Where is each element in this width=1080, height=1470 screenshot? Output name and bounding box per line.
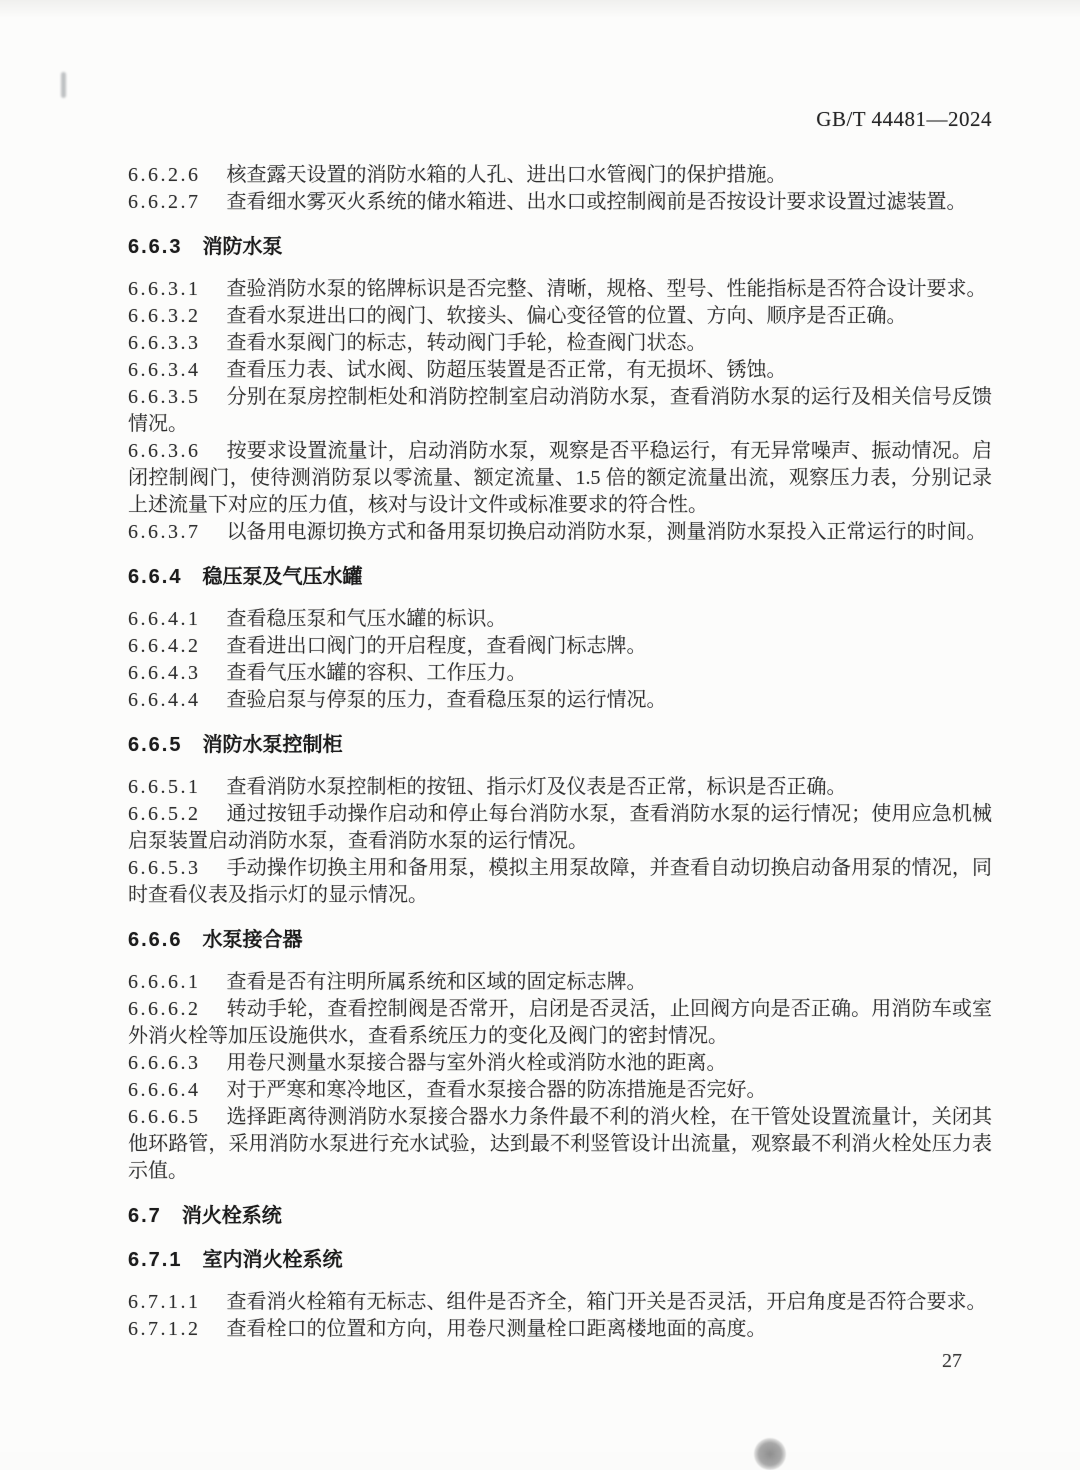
clause-number: 6.6.6 xyxy=(128,929,182,951)
clause-paragraph: 6.6.6.1查看是否有注明所属系统和区域的固定标志牌。 xyxy=(128,969,992,996)
clause-number: 6.6.5.1 xyxy=(128,776,201,798)
section-heading: 6.7.1室内消火栓系统 xyxy=(128,1247,992,1273)
clause-number: 6.6.6.5 xyxy=(128,1106,201,1128)
clause-number: 6.7.1.2 xyxy=(128,1318,201,1340)
section-heading: 6.6.4稳压泵及气压水罐 xyxy=(128,564,992,590)
page-number: 27 xyxy=(942,1350,962,1373)
clause-number: 6.6.3 xyxy=(128,236,182,258)
clause-text: 查看消防水泵控制柜的按钮、指示灯及仪表是否正常，标识是否正确。 xyxy=(227,776,847,798)
document-body: 6.6.2.6核查露天设置的消防水箱的人孔、进出口水管阀门的保护措施。6.6.2… xyxy=(128,162,992,1343)
clause-paragraph: 6.6.6.5选择距离待测消防水泵接合器水力条件最不利的消火栓，在干管处设置流量… xyxy=(128,1104,992,1185)
clause-paragraph: 6.6.3.6按要求设置流量计，启动消防水泵，观察是否平稳运行，有无异常噪声、振… xyxy=(128,438,992,519)
section-heading-text: 消防水泵控制柜 xyxy=(202,734,342,756)
clause-text: 查看水泵阀门的标志，转动阀门手轮，检查阀门状态。 xyxy=(227,332,707,354)
clause-paragraph: 6.7.1.1查看消火栓箱有无标志、组件是否齐全，箱门开关是否灵活，开启角度是否… xyxy=(128,1289,992,1316)
clause-number: 6.6.6.2 xyxy=(128,998,201,1020)
clause-paragraph: 6.6.4.3查看气压水罐的容积、工作压力。 xyxy=(128,660,992,687)
clause-text: 手动操作切换主用和备用泵，模拟主用泵故障，并查看自动切换启动备用泵的情况，同时查… xyxy=(128,857,992,906)
clause-paragraph: 6.6.3.1查验消防水泵的铭牌标识是否完整、清晰，规格、型号、性能指标是否符合… xyxy=(128,276,992,303)
clause-number: 6.6.5.2 xyxy=(128,803,201,825)
clause-paragraph: 6.6.3.2查看水泵进出口的阀门、软接头、偏心变径管的位置、方向、顺序是否正确… xyxy=(128,303,992,330)
clause-number: 6.6.4.3 xyxy=(128,662,201,684)
clause-paragraph: 6.6.5.3手动操作切换主用和备用泵，模拟主用泵故障，并查看自动切换启动备用泵… xyxy=(128,855,992,909)
clause-text: 查看水泵进出口的阀门、软接头、偏心变径管的位置、方向、顺序是否正确。 xyxy=(227,305,907,327)
clause-number: 6.6.3.3 xyxy=(128,332,201,354)
clause-number: 6.6.3.7 xyxy=(128,521,201,543)
clause-text: 查看气压水罐的容积、工作压力。 xyxy=(227,662,527,684)
clause-number: 6.6.3.4 xyxy=(128,359,201,381)
standard-number: GB/T 44481—2024 xyxy=(816,107,992,131)
clause-number: 6.6.3.1 xyxy=(128,278,201,300)
clause-number: 6.7 xyxy=(128,1205,162,1227)
clause-text: 查看是否有注明所属系统和区域的固定标志牌。 xyxy=(227,971,647,993)
clause-text: 以备用电源切换方式和备用泵切换启动消防水泵，测量消防水泵投入正常运行的时间。 xyxy=(227,521,987,543)
clause-paragraph: 6.6.5.2通过按钮手动操作启动和停止每台消防水泵，查看消防水泵的运行情况；使… xyxy=(128,801,992,855)
clause-text: 查验消防水泵的铭牌标识是否完整、清晰，规格、型号、性能指标是否符合设计要求。 xyxy=(227,278,987,300)
clause-paragraph: 6.6.3.4查看压力表、试水阀、防超压装置是否正常，有无损坏、锈蚀。 xyxy=(128,357,992,384)
clause-paragraph: 6.6.4.4查验启泵与停泵的压力，查看稳压泵的运行情况。 xyxy=(128,687,992,714)
clause-paragraph: 6.7.1.2查看栓口的位置和方向，用卷尺测量栓口距离楼地面的高度。 xyxy=(128,1316,992,1343)
clause-number: 6.6.6.1 xyxy=(128,971,201,993)
clause-number: 6.6.3.6 xyxy=(128,440,201,462)
clause-number: 6.6.3.5 xyxy=(128,386,201,408)
clause-text: 查看稳压泵和气压水罐的标识。 xyxy=(227,608,507,630)
section-heading-text: 水泵接合器 xyxy=(202,929,302,951)
clause-paragraph: 6.6.6.4对于严寒和寒冷地区，查看水泵接合器的防冻措施是否完好。 xyxy=(128,1077,992,1104)
scan-artifact-circle xyxy=(754,1438,786,1452)
clause-number: 6.6.6.3 xyxy=(128,1052,201,1074)
clause-paragraph: 6.6.6.2转动手轮，查看控制阀是否常开，启闭是否灵活，止回阀方向是否正确。用… xyxy=(128,996,992,1050)
clause-text: 用卷尺测量水泵接合器与室外消火栓或消防水池的距离。 xyxy=(227,1052,727,1074)
clause-number: 6.6.5 xyxy=(128,734,182,756)
clause-number: 6.7.1.1 xyxy=(128,1291,201,1313)
clause-paragraph: 6.6.2.7查看细水雾灭火系统的储水箱进、出水口或控制阀前是否按设计要求设置过… xyxy=(128,189,992,216)
section-heading-text: 室内消火栓系统 xyxy=(202,1249,342,1271)
clause-number: 6.7.1 xyxy=(128,1249,182,1271)
clause-text: 转动手轮，查看控制阀是否常开，启闭是否灵活，止回阀方向是否正确。用消防车或室外消… xyxy=(128,998,992,1047)
section-heading-text: 消防水泵 xyxy=(202,236,282,258)
clause-number: 6.6.3.2 xyxy=(128,305,201,327)
clause-text: 通过按钮手动操作启动和停止每台消防水泵，查看消防水泵的运行情况；使用应急机械启泵… xyxy=(128,803,992,852)
clause-number: 6.6.4.4 xyxy=(128,689,201,711)
document-page: GB/T 44481—2024 6.6.2.6核查露天设置的消防水箱的人孔、进出… xyxy=(0,0,1080,1452)
section-heading: 6.7消火栓系统 xyxy=(128,1203,992,1229)
clause-text: 查看消火栓箱有无标志、组件是否齐全，箱门开关是否灵活，开启角度是否符合要求。 xyxy=(227,1291,987,1313)
clause-paragraph: 6.6.2.6核查露天设置的消防水箱的人孔、进出口水管阀门的保护措施。 xyxy=(128,162,992,189)
clause-text: 对于严寒和寒冷地区，查看水泵接合器的防冻措施是否完好。 xyxy=(227,1079,767,1101)
clause-number: 6.6.6.4 xyxy=(128,1079,201,1101)
clause-paragraph: 6.6.3.5分别在泵房控制柜处和消防控制室启动消防水泵，查看消防水泵的运行及相… xyxy=(128,384,992,438)
clause-text: 按要求设置流量计，启动消防水泵，观察是否平稳运行，有无异常噪声、振动情况。启闭控… xyxy=(128,440,992,516)
clause-number: 6.6.4.2 xyxy=(128,635,201,657)
clause-number: 6.6.2.6 xyxy=(128,164,201,186)
section-heading: 6.6.6水泵接合器 xyxy=(128,927,992,953)
clause-text: 查验启泵与停泵的压力，查看稳压泵的运行情况。 xyxy=(227,689,667,711)
page-header: GB/T 44481—2024 xyxy=(128,106,992,132)
section-heading-text: 稳压泵及气压水罐 xyxy=(202,566,362,588)
section-heading: 6.6.5消防水泵控制柜 xyxy=(128,732,992,758)
scan-artifact-dash xyxy=(61,72,66,98)
clause-number: 6.6.2.7 xyxy=(128,191,201,213)
clause-text: 核查露天设置的消防水箱的人孔、进出口水管阀门的保护措施。 xyxy=(227,164,787,186)
section-heading-text: 消火栓系统 xyxy=(182,1205,282,1227)
section-heading: 6.6.3消防水泵 xyxy=(128,234,992,260)
clause-text: 分别在泵房控制柜处和消防控制室启动消防水泵，查看消防水泵的运行及相关信号反馈情况… xyxy=(128,386,992,435)
clause-paragraph: 6.6.6.3用卷尺测量水泵接合器与室外消火栓或消防水池的距离。 xyxy=(128,1050,992,1077)
clause-text: 查看进出口阀门的开启程度，查看阀门标志牌。 xyxy=(227,635,647,657)
clause-paragraph: 6.6.5.1查看消防水泵控制柜的按钮、指示灯及仪表是否正常，标识是否正确。 xyxy=(128,774,992,801)
clause-text: 选择距离待测消防水泵接合器水力条件最不利的消火栓，在干管处设置流量计，关闭其他环… xyxy=(128,1106,992,1182)
clause-text: 查看压力表、试水阀、防超压装置是否正常，有无损坏、锈蚀。 xyxy=(227,359,787,381)
clause-paragraph: 6.6.4.1查看稳压泵和气压水罐的标识。 xyxy=(128,606,992,633)
clause-paragraph: 6.6.4.2查看进出口阀门的开启程度，查看阀门标志牌。 xyxy=(128,633,992,660)
clause-paragraph: 6.6.3.3查看水泵阀门的标志，转动阀门手轮，检查阀门状态。 xyxy=(128,330,992,357)
clause-number: 6.6.5.3 xyxy=(128,857,201,879)
clause-text: 查看栓口的位置和方向，用卷尺测量栓口距离楼地面的高度。 xyxy=(227,1318,767,1340)
clause-paragraph: 6.6.3.7以备用电源切换方式和备用泵切换启动消防水泵，测量消防水泵投入正常运… xyxy=(128,519,992,546)
clause-number: 6.6.4 xyxy=(128,566,182,588)
clause-number: 6.6.4.1 xyxy=(128,608,201,630)
clause-text: 查看细水雾灭火系统的储水箱进、出水口或控制阀前是否按设计要求设置过滤装置。 xyxy=(227,191,967,213)
